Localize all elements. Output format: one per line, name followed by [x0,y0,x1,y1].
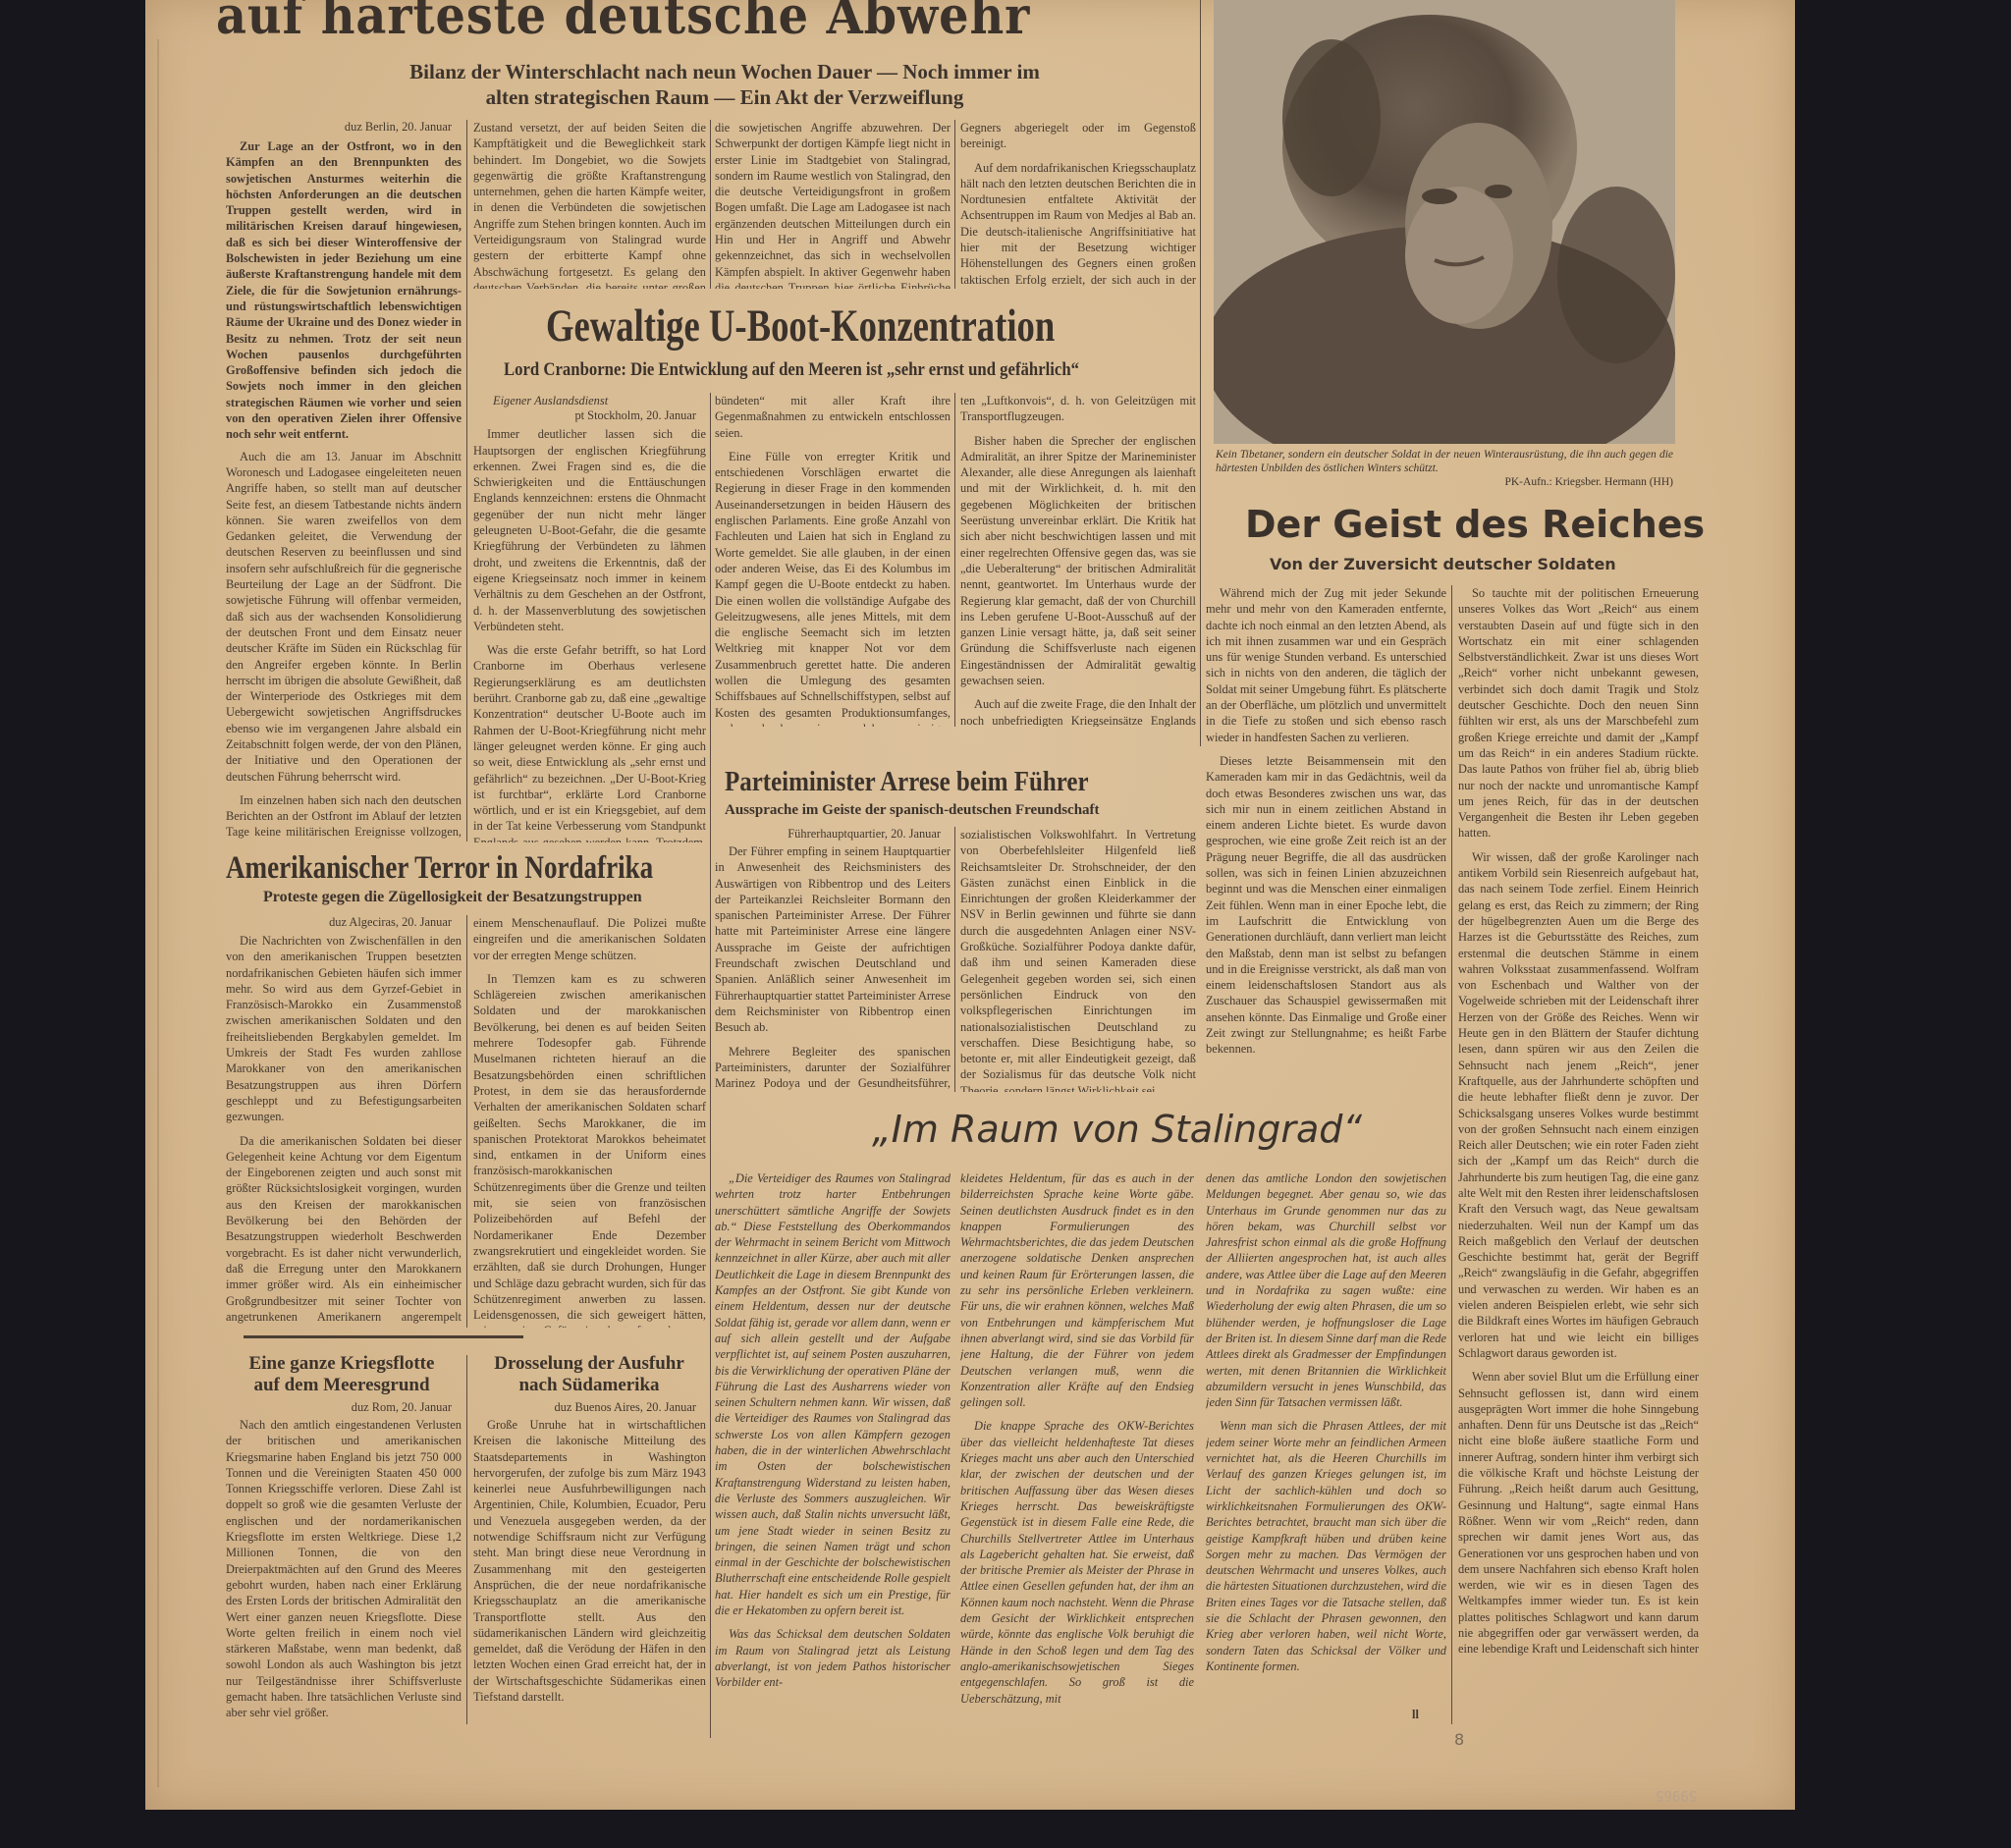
geist-headline: Der Geist des Reiches [1245,503,1705,546]
photo-caption: Kein Tibetaner, sondern ein deutscher So… [1216,448,1673,475]
arrese-dateline: Führerhauptquartier, 20. Januar [715,827,951,842]
column-rule [1451,585,1452,1724]
terror-column-2: einem Menschenauflauf. Die Polizei mußte… [473,915,706,1328]
ausfuhr-column: duz Buenos Aires, 20. Januar Große Unruh… [473,1400,706,1724]
column-rule [466,915,467,1328]
uboot-headline: Gewaltige U-Boot-Konzentration [546,299,1055,353]
uboot-source: Eigener Auslandsdienst [473,393,706,408]
kriegsflotte-column: duz Rom, 20. Januar Nach den amtlich ein… [226,1400,462,1724]
geist-column-2: So tauchte mit der politischen Erneuerun… [1458,585,1699,1724]
ausfuhr-headline: Drosselung der Ausfuhr nach Südamerika [471,1353,707,1396]
terror-headline: Amerikanischer Terror in Nordafrika [226,850,653,887]
column-rule [466,1355,467,1724]
soldier-photo-image [1214,0,1675,444]
lead-column-4: Gegners abgeriegelt oder im Gegenstoß be… [960,120,1196,289]
lead-subheadline: Bilanz der Winterschlacht nach neun Woch… [234,59,1216,110]
arrese-column-1: Führerhauptquartier, 20. Januar Der Führ… [715,827,951,1092]
geist-subheadline: Von der Zuversicht deutscher Soldaten [1270,555,1616,573]
uboot-column-1: Eigener Auslandsdienst pt Stockholm, 20.… [473,393,706,842]
ausfuhr-dateline: duz Buenos Aires, 20. Januar [473,1400,706,1415]
column-rule [1200,0,1201,746]
uboot-dateline: pt Stockholm, 20. Januar [473,408,706,423]
archive-stamp: 59965 [1656,1787,1697,1803]
lead-body-intro: Zur Lage an der Ostfront, wo in den Kämp… [226,138,462,443]
stalingrad-column-2: kleidetes Heldentum, für das es auch in … [960,1170,1194,1706]
terror-column-1: duz Algeciras, 20. Januar Die Nachrichte… [226,915,462,1328]
soldier-photo [1214,0,1675,444]
lead-subheadline-line-1: Bilanz der Winterschlacht nach neun Woch… [234,59,1216,84]
newspaper-page: auf härteste deutsche Abwehr Bilanz der … [145,0,1795,1810]
stalingrad-headline: „Im Raum von Stalingrad“ [872,1108,1362,1151]
page-crease [157,39,159,1787]
column-rule [954,393,955,727]
arrese-column-2: sozialistischen Volkswohlfahrt. In Vertr… [960,827,1196,1092]
kriegsflotte-dateline: duz Rom, 20. Januar [226,1400,462,1415]
lead-body-continued: Auch die am 13. Januar im Abschnitt Woro… [226,449,462,842]
column-rule [954,827,955,1092]
uboot-column-2: bündeten“ mit aller Kraft ihre Gegenmaßn… [715,393,951,727]
stalingrad-column-1: „Die Verteidiger des Raumes von Stalingr… [715,1170,951,1706]
photo-credit: PK-Aufn.: Kriegsber. Hermann (HH) [1216,476,1673,488]
kriegsflotte-headline: Eine ganze Kriegsflotte auf dem Meeresgr… [224,1353,460,1396]
page-number: 8 [1454,1730,1464,1749]
lead-subheadline-line-2: alten strategischen Raum — Ein Akt der V… [234,84,1216,110]
column-rule [954,120,955,289]
column-rule [710,756,711,1738]
uboot-subheadline: Lord Cranborne: Die Entwicklung auf den … [504,359,1079,381]
lead-headline: auf härteste deutsche Abwehr [216,0,1030,46]
stalingrad-signature: ll [1412,1707,1419,1722]
terror-subheadline: Proteste gegen die Zügellosigkeit der Be… [263,889,642,906]
arrese-subheadline: Aussprache im Geiste der spanisch-deutsc… [725,802,1100,819]
lead-column-3: die sowjetischen Angriffe abzuwehren. De… [715,120,951,289]
uboot-column-3: ten „Luftkonvois“, d. h. von Geleitzügen… [960,393,1196,727]
column-rule [466,120,467,842]
geist-column-1: Während mich der Zug mit jeder Sekunde m… [1206,585,1446,1115]
lead-column-1: duz Berlin, 20. Januar Zur Lage an der O… [226,120,462,842]
section-divider [244,1335,523,1338]
stalingrad-column-3: denen das amtliche London den sowjetisch… [1206,1170,1446,1706]
lead-dateline: duz Berlin, 20. Januar [226,120,462,135]
arrese-headline: Parteiminister Arrese beim Führer [725,766,1089,798]
column-rule [710,120,711,289]
terror-dateline: duz Algeciras, 20. Januar [226,915,462,930]
lead-column-2: Zustand versetzt, der auf beiden Seiten … [473,120,706,289]
